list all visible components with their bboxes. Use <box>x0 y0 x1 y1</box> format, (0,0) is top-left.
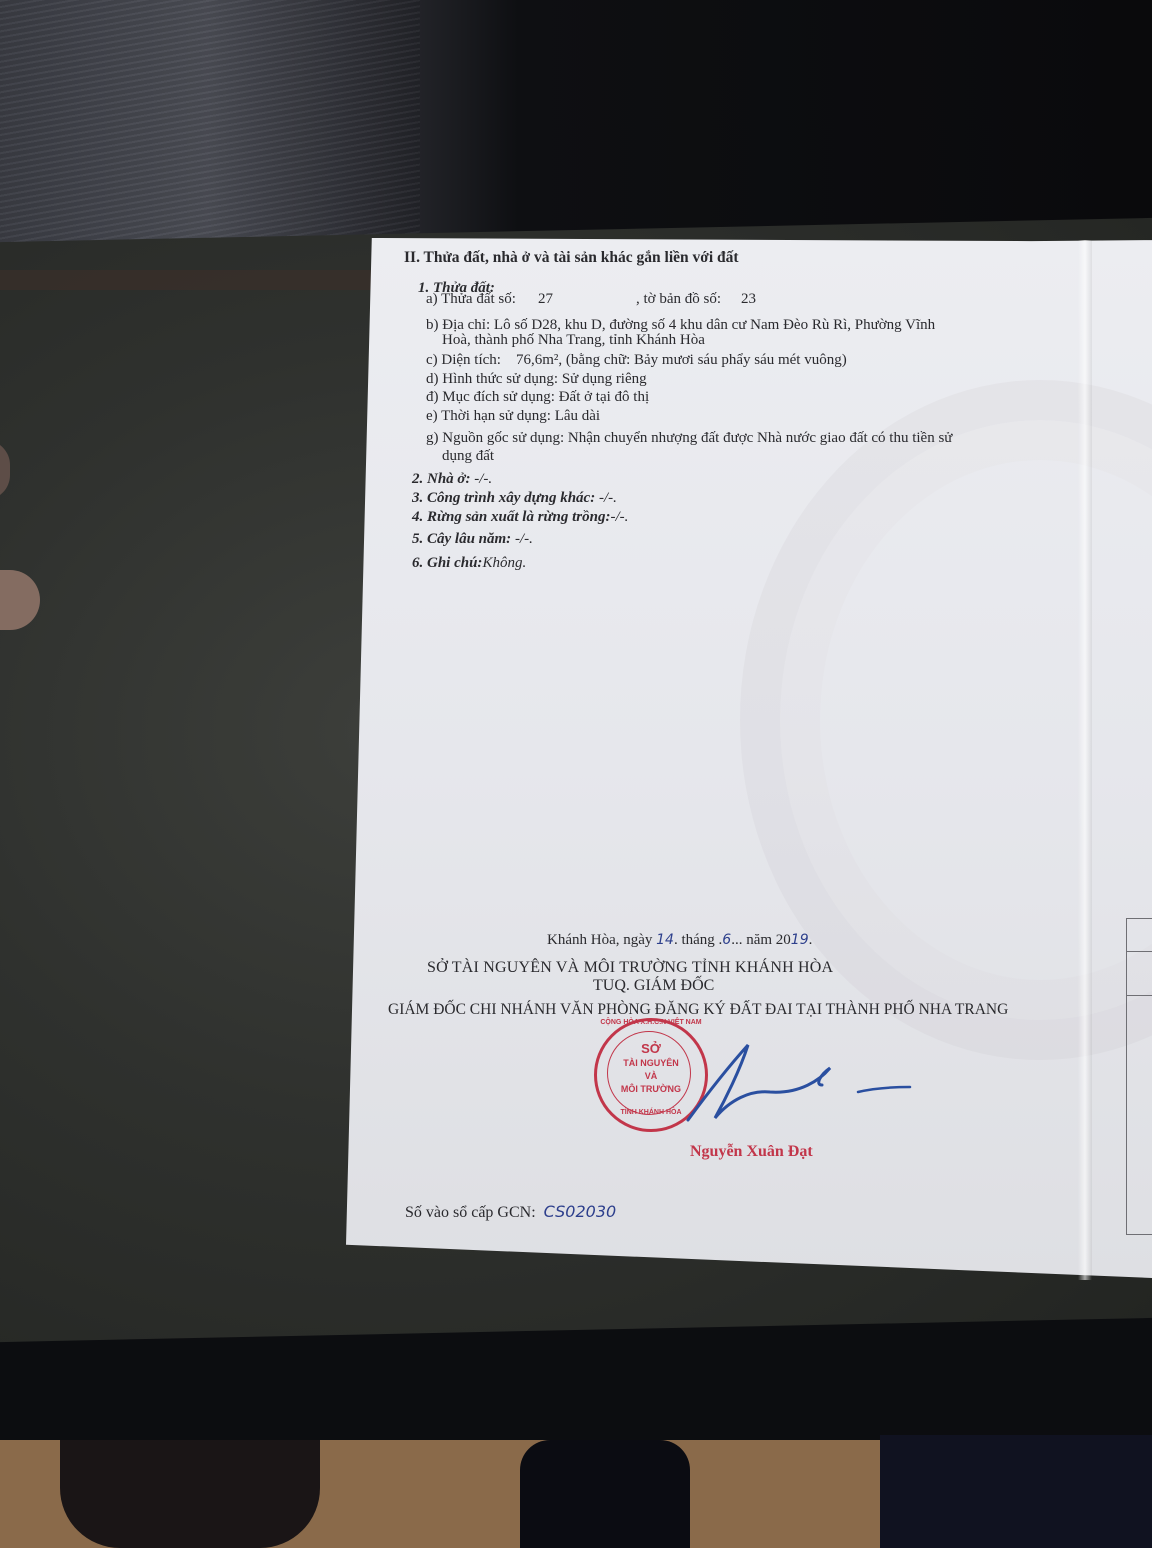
use-form-label: d) Hình thức sử dụng: <box>426 371 558 387</box>
section-other-construction: 3. Công trình xây dựng khác: -/-. <box>412 488 617 508</box>
origin-row: g) Nguồn gốc sử dụng: Nhận chuyển nhượng… <box>426 428 952 448</box>
use-term-value: Lâu dài <box>555 408 600 424</box>
signer-title: GIÁM ĐỐC CHI NHÁNH VĂN PHÒNG ĐĂNG KÝ ĐẤT… <box>388 1000 1008 1020</box>
section-label: 4. Rừng sản xuất là rừng trồng: <box>412 509 610 525</box>
issue-year: 19 <box>791 932 809 948</box>
section-title: II. Thửa đất, nhà ở và tài sản khác gắn … <box>404 248 739 268</box>
section-value: -/-. <box>515 531 533 547</box>
issue-month: 6 <box>722 932 731 948</box>
board-edge <box>0 270 380 290</box>
plot-number: 27 <box>538 289 636 309</box>
shoe <box>880 1435 1152 1548</box>
page-fold <box>1078 240 1092 1280</box>
map-sheet-label: , tờ bản đồ số: <box>636 289 741 309</box>
area-row: c) Diện tích:76,6m², (bằng chữ: Bảy mươi… <box>426 350 847 370</box>
section-value: -/-. <box>610 509 628 525</box>
annotation-box <box>1126 918 1152 1235</box>
map-sheet-number: 23 <box>741 289 756 309</box>
section-label: 3. Công trình xây dựng khác: <box>412 490 595 506</box>
use-form-row: d) Hình thức sử dụng: Sử dụng riêng <box>426 369 647 389</box>
origin-label: g) Nguồn gốc sử dụng: <box>426 430 564 446</box>
section-house: 2. Nhà ở: -/-. <box>412 469 492 489</box>
origin-line1: Nhận chuyển nhượng đất được Nhà nước gia… <box>568 430 953 446</box>
place-date-line: Khánh Hòa, ngày 14. tháng .6... năm 2019… <box>547 930 812 950</box>
gcn-label: Số vào sổ cấp GCN: <box>405 1204 536 1221</box>
month-label: tháng <box>681 932 714 948</box>
section-value: -/-. <box>474 471 492 487</box>
section-value: -/-. <box>599 490 617 506</box>
section-label: 5. Cây lâu năm: <box>412 531 511 547</box>
origin-line2: dụng đất <box>442 446 494 466</box>
section-value: Không. <box>482 555 526 571</box>
seal-ring-text: CỘNG HÒA X.H.C.N VIỆT NAM <box>597 1019 705 1026</box>
signer-name: Nguyễn Xuân Đạt <box>690 1142 813 1162</box>
section-label: 2. Nhà ở: <box>412 471 470 487</box>
use-purpose-value: Đất ở tại đô thị <box>559 389 649 405</box>
fabric <box>60 1440 320 1548</box>
plot-number-label: a) Thửa đất số: <box>426 289 538 309</box>
place-label: Khánh Hòa, ngày <box>547 932 652 948</box>
section-perennial-trees: 5. Cây lâu năm: -/-. <box>412 529 533 549</box>
section-label: 6. Ghi chú: <box>412 555 482 571</box>
address-line2: Hoà, thành phố Nha Trang, tỉnh Khánh Hòa <box>442 330 705 350</box>
area-value: 76,6m², (bằng chữ: Bảy mươi sáu phẩy sáu… <box>516 352 847 368</box>
plot-number-row: a) Thửa đất số:27, tờ bản đồ số:23 <box>426 289 756 309</box>
authorization-line: TUQ. GIÁM ĐỐC <box>593 976 714 996</box>
issuing-department: SỞ TÀI NGUYÊN VÀ MÔI TRƯỜNG TỈNH KHÁNH H… <box>427 958 833 978</box>
section-production-forest: 4. Rừng sản xuất là rừng trồng:-/-. <box>412 507 628 527</box>
use-term-label: e) Thời hạn sử dụng: <box>426 408 551 424</box>
use-purpose-label: đ) Mục đích sử dụng: <box>426 389 555 405</box>
signature <box>670 1030 930 1130</box>
area-label: c) Diện tích: <box>426 350 516 370</box>
issue-day: 14 <box>656 932 674 948</box>
use-purpose-row: đ) Mục đích sử dụng: Đất ở tại đô thị <box>426 387 649 407</box>
gcn-register-line: Số vào sổ cấp GCN:CS02030 <box>405 1202 616 1223</box>
year-label: năm 20 <box>746 932 791 948</box>
section-notes: 6. Ghi chú:Không. <box>412 553 526 573</box>
gcn-number: CS02030 <box>544 1202 617 1221</box>
use-form-value: Sử dụng riêng <box>562 371 647 387</box>
shoe <box>520 1440 690 1548</box>
use-term-row: e) Thời hạn sử dụng: Lâu dài <box>426 406 600 426</box>
